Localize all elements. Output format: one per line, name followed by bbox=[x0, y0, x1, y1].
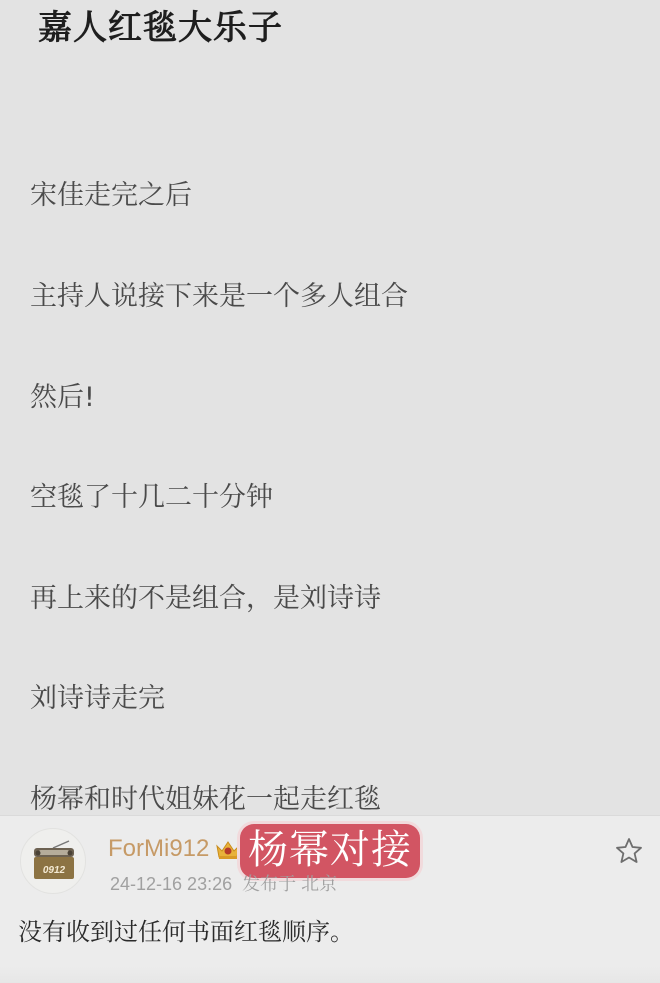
radio-icon: 0912 bbox=[31, 839, 77, 885]
post-timestamp: 24-12-16 23:26 bbox=[110, 874, 232, 894]
page: 嘉人红毯大乐子 宋佳走完之后 主持人说接下来是一个多人组合 然后! 空毯了十几二… bbox=[0, 0, 660, 983]
article-line: 宋佳走完之后 bbox=[30, 178, 192, 214]
article-line: 刘诗诗走完 bbox=[30, 681, 165, 717]
avatar[interactable]: 0912 bbox=[20, 828, 86, 894]
article-title: 嘉人红毯大乐子 bbox=[38, 6, 283, 50]
post-body-text: 没有收到过任何书面红毯顺序。 bbox=[18, 916, 354, 948]
post-meta: 24-12-16 23:26发布于 北京 bbox=[110, 872, 337, 896]
weibo-post-card: 0912 ForMi912 杨幂对接 24-12-16 23:26发布于 北京 … bbox=[0, 815, 660, 983]
article-section: 嘉人红毯大乐子 宋佳走完之后 主持人说接下来是一个多人组合 然后! 空毯了十几二… bbox=[0, 0, 660, 815]
article-line: 再上来的不是组合，是刘诗诗 bbox=[30, 581, 381, 617]
overlay-tag: 杨幂对接 bbox=[240, 824, 420, 878]
bottom-divider bbox=[0, 966, 660, 983]
crown-icon bbox=[215, 838, 241, 860]
svg-text:0912: 0912 bbox=[43, 865, 66, 876]
article-line: 然后! bbox=[30, 380, 95, 416]
username-link[interactable]: ForMi912 bbox=[108, 834, 209, 864]
post-location: 发布于 北京 bbox=[242, 874, 337, 894]
star-outline-icon bbox=[614, 836, 644, 866]
article-line: 杨幂和时代姐妹花一起走红毯 bbox=[30, 782, 381, 818]
article-line: 空毯了十几二十分钟 bbox=[30, 480, 273, 516]
article-line: 主持人说接下来是一个多人组合 bbox=[30, 279, 408, 315]
favorite-button[interactable] bbox=[614, 836, 644, 866]
